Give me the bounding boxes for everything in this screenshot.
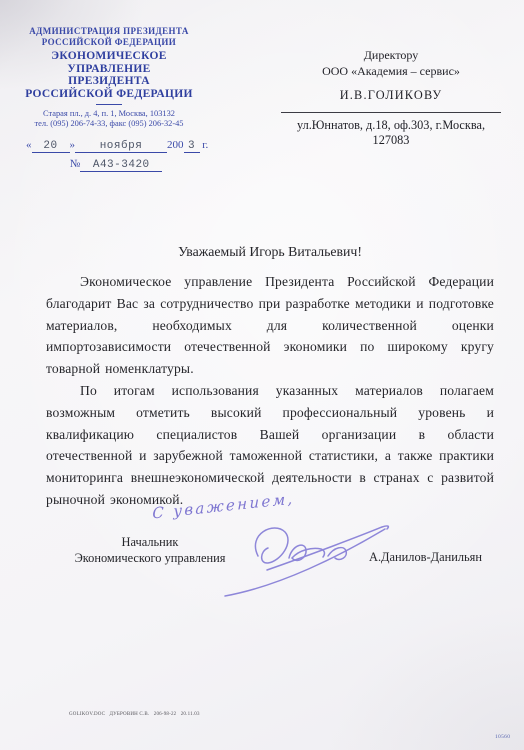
letterhead-divider <box>96 104 122 105</box>
processing-note: GOLIKOV.DOC ДУБРОВИН С.В. 206-98-22 20.1… <box>69 712 200 717</box>
recipient-address-line1: ул.Юннатов, д.18, оф.303, г.Москва, <box>281 118 501 133</box>
letter-body: Уважаемый Игорь Витальевич! Экономическо… <box>46 244 494 511</box>
postal-address: Старая пл., д. 4, п. 1, Москва, 103132 <box>22 109 196 119</box>
recipient-role: Директору <box>281 48 501 62</box>
number-sign: № <box>70 158 81 170</box>
reference-number-value: А43-3420 <box>80 159 162 172</box>
letterhead: АДМИНИСТРАЦИЯ ПРЕЗИДЕНТА РОССИЙСКОЙ ФЕДЕ… <box>22 26 196 172</box>
org-name-line2: РОССИЙСКОЙ ФЕДЕРАЦИИ <box>22 37 196 48</box>
phone-fax: тел. (095) 206-74-33, факс (095) 206-32-… <box>22 119 196 129</box>
dept-name-line1: ЭКОНОМИЧЕСКОЕ УПРАВЛЕНИЕ <box>22 50 196 75</box>
recipient-address: ул.Юннатов, д.18, оф.303, г.Москва, 1270… <box>281 118 501 148</box>
org-name-line1: АДМИНИСТРАЦИЯ ПРЕЗИДЕНТА <box>22 26 196 37</box>
reference-number-line: №А43-3420 <box>22 158 196 172</box>
signer-title: Начальник Экономического управления <box>58 535 242 566</box>
date-line: «20»ноября2003 г. <box>22 139 196 153</box>
year-suffix: г. <box>202 139 208 151</box>
dept-name-line3: РОССИЙСКОЙ ФЕДЕРАЦИИ <box>22 88 196 101</box>
date-year-digit: 3 <box>184 140 200 153</box>
recipient-address-line2: 127083 <box>281 133 501 148</box>
signer-name: А.Данилов-Данильян <box>369 550 482 565</box>
recipient-divider <box>281 112 501 113</box>
recipient-block: Директору ООО «Академия – сервис» И.В.ГО… <box>281 48 501 148</box>
recipient-name: И.В.ГОЛИКОВУ <box>281 88 501 103</box>
recipient-company: ООО «Академия – сервис» <box>281 64 501 78</box>
date-month-value: ноября <box>75 140 167 153</box>
paragraph-1: Экономическое управление Президента Росс… <box>46 271 494 380</box>
scanned-letter-page: АДМИНИСТРАЦИЯ ПРЕЗИДЕНТА РОССИЙСКОЙ ФЕДЕ… <box>0 0 524 750</box>
date-day-value: 20 <box>32 140 70 153</box>
document-number: 10560 <box>495 734 510 740</box>
signer-title-line2: Экономического управления <box>58 551 242 567</box>
signer-title-line1: Начальник <box>58 535 242 551</box>
salutation: Уважаемый Игорь Витальевич! <box>46 244 494 260</box>
year-printed: 200 <box>167 139 184 151</box>
dept-name-line2: ПРЕЗИДЕНТА <box>22 75 196 88</box>
